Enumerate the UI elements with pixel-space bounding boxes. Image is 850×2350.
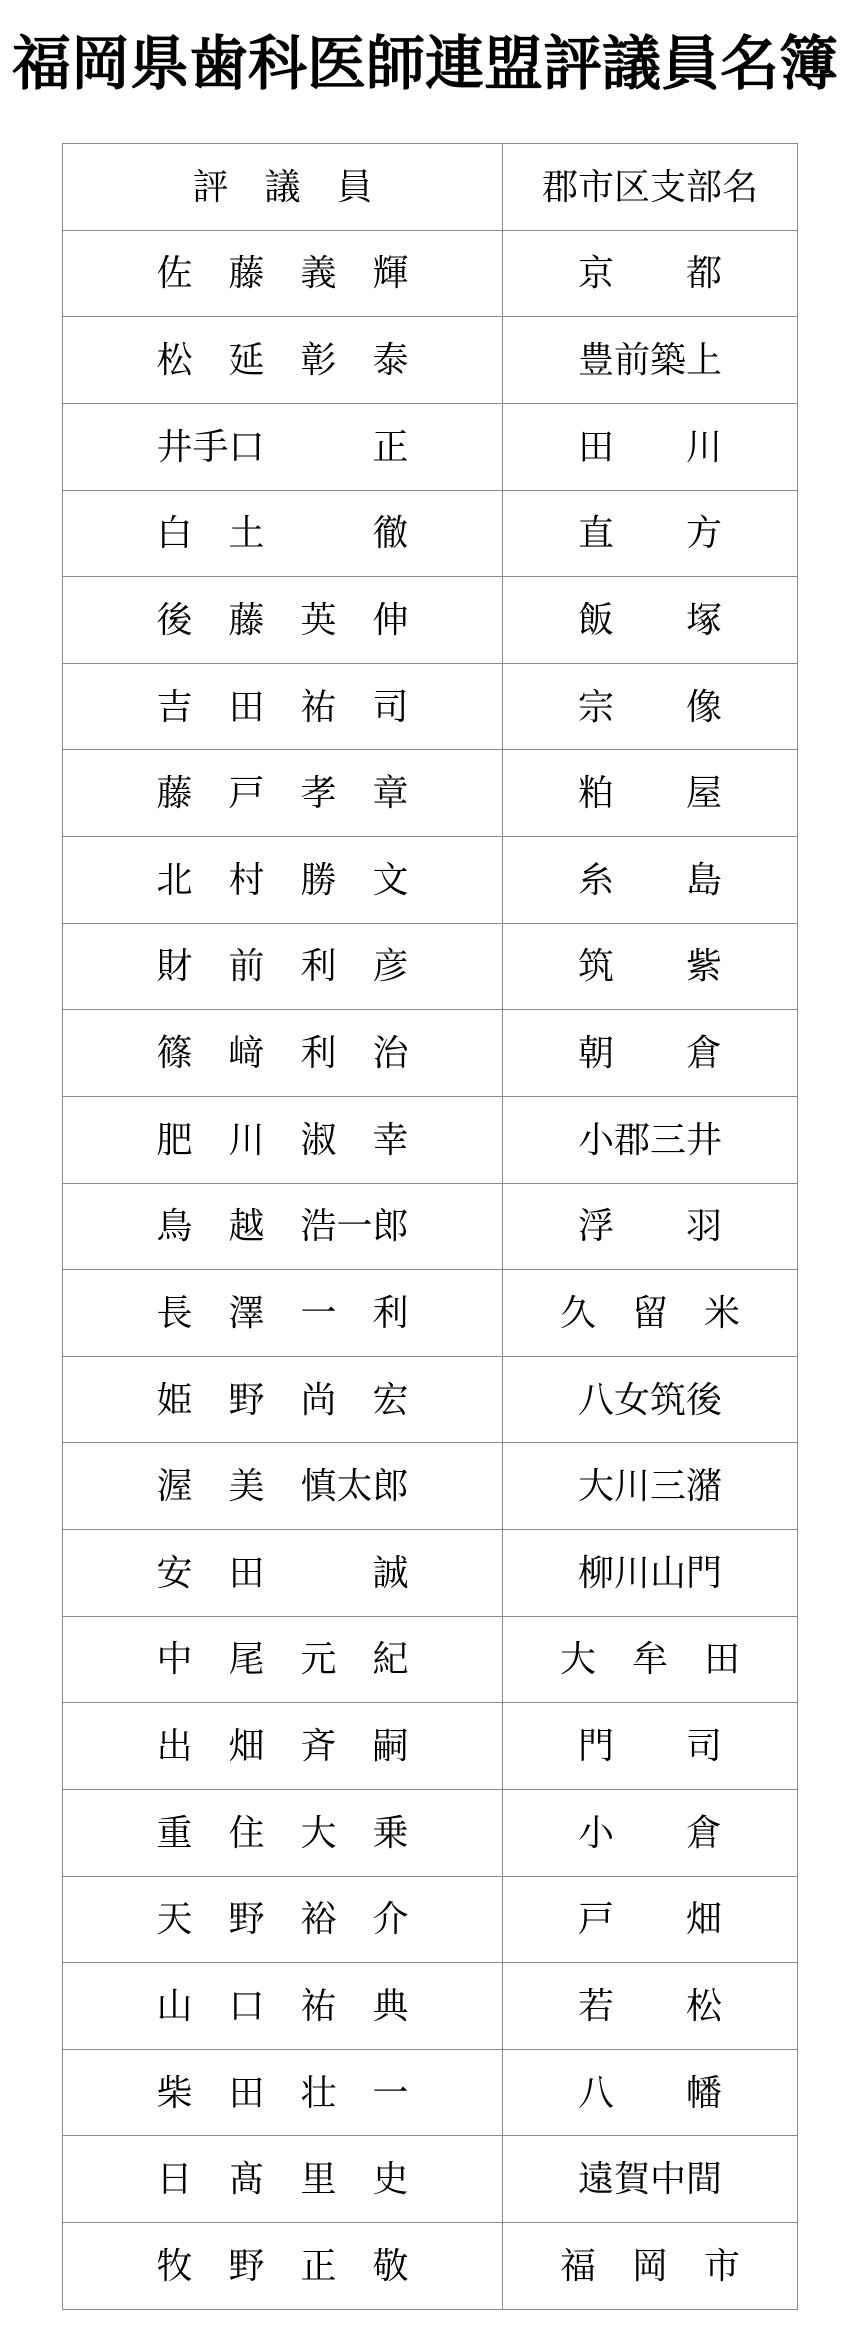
branch-cell: 門 司 [503, 1703, 798, 1790]
table-row: 牧 野 正 敬 福 岡 市 [63, 2223, 798, 2310]
table-row: 柴 田 壮 一 八 幡 [63, 2049, 798, 2136]
table-row: 松 延 彰 泰 豊前築上 [63, 317, 798, 404]
councilor-cell: 吉 田 祐 司 [63, 663, 503, 750]
branch-cell: 八女筑後 [503, 1356, 798, 1443]
table-row: 出 畑 斉 嗣 門 司 [63, 1703, 798, 1790]
table-row: 安 田 誠 柳川山門 [63, 1530, 798, 1617]
councilor-cell: 重 住 大 乗 [63, 1789, 503, 1876]
councilor-header-cell: 評 議 員 [63, 144, 503, 231]
councilor-cell: 松 延 彰 泰 [63, 317, 503, 404]
branch-cell: 小 倉 [503, 1789, 798, 1876]
councilor-cell: 柴 田 壮 一 [63, 2049, 503, 2136]
table-row: 白 土 徹 直 方 [63, 490, 798, 577]
table-row: 井手口 正 田 川 [63, 403, 798, 490]
table-row: 姫 野 尚 宏 八女筑後 [63, 1356, 798, 1443]
table-row: 日 髙 里 史 遠賀中間 [63, 2136, 798, 2223]
councilor-cell: 山 口 祐 典 [63, 1963, 503, 2050]
branch-cell: 大川三潴 [503, 1443, 798, 1530]
table-header-row: 評 議 員 郡市区支部名 [63, 144, 798, 231]
branch-cell: 筑 紫 [503, 923, 798, 1010]
table-row: 天 野 裕 介 戸 畑 [63, 1876, 798, 1963]
branch-cell: 直 方 [503, 490, 798, 577]
branch-cell: 八 幡 [503, 2049, 798, 2136]
councilor-cell: 佐 藤 義 輝 [63, 230, 503, 317]
table-row: 肥 川 淑 幸 小郡三井 [63, 1096, 798, 1183]
councilor-cell: 牧 野 正 敬 [63, 2223, 503, 2310]
table-row: 鳥 越 浩一郎 浮 羽 [63, 1183, 798, 1270]
councilor-cell: 天 野 裕 介 [63, 1876, 503, 1963]
table-row: 北 村 勝 文 糸 島 [63, 837, 798, 924]
branch-cell: 若 松 [503, 1963, 798, 2050]
table-row: 佐 藤 義 輝 京 都 [63, 230, 798, 317]
councilor-cell: 姫 野 尚 宏 [63, 1356, 503, 1443]
councilor-cell: 中 尾 元 紀 [63, 1616, 503, 1703]
branch-cell: 大 牟 田 [503, 1616, 798, 1703]
branch-cell: 遠賀中間 [503, 2136, 798, 2223]
councilor-cell: 安 田 誠 [63, 1530, 503, 1617]
branch-cell: 糸 島 [503, 837, 798, 924]
branch-cell: 小郡三井 [503, 1096, 798, 1183]
councilor-cell: 後 藤 英 伸 [63, 577, 503, 664]
branch-cell: 京 都 [503, 230, 798, 317]
councilor-cell: 篠 﨑 利 治 [63, 1010, 503, 1097]
table-row: 篠 﨑 利 治 朝 倉 [63, 1010, 798, 1097]
table-row: 吉 田 祐 司 宗 像 [63, 663, 798, 750]
table-row: 中 尾 元 紀 大 牟 田 [63, 1616, 798, 1703]
councilor-cell: 長 澤 一 利 [63, 1270, 503, 1357]
branch-header-cell: 郡市区支部名 [503, 144, 798, 231]
councilor-cell: 藤 戸 孝 章 [63, 750, 503, 837]
councilor-cell: 北 村 勝 文 [63, 837, 503, 924]
table-row: 藤 戸 孝 章 粕 屋 [63, 750, 798, 837]
councilor-cell: 渥 美 慎太郎 [63, 1443, 503, 1530]
branch-cell: 柳川山門 [503, 1530, 798, 1617]
councilor-cell: 肥 川 淑 幸 [63, 1096, 503, 1183]
table-row: 財 前 利 彦 筑 紫 [63, 923, 798, 1010]
table-row: 重 住 大 乗 小 倉 [63, 1789, 798, 1876]
branch-cell: 浮 羽 [503, 1183, 798, 1270]
councilor-cell: 白 土 徹 [63, 490, 503, 577]
councilor-cell: 出 畑 斉 嗣 [63, 1703, 503, 1790]
councilor-cell: 財 前 利 彦 [63, 923, 503, 1010]
branch-cell: 豊前築上 [503, 317, 798, 404]
page-title: 福岡県歯科医師連盟評議員名簿 [0, 16, 850, 101]
branch-cell: 粕 屋 [503, 750, 798, 837]
branch-cell: 飯 塚 [503, 577, 798, 664]
branch-cell: 宗 像 [503, 663, 798, 750]
table-row: 長 澤 一 利 久 留 米 [63, 1270, 798, 1357]
branch-cell: 田 川 [503, 403, 798, 490]
branch-cell: 朝 倉 [503, 1010, 798, 1097]
councilor-cell: 井手口 正 [63, 403, 503, 490]
table-row: 後 藤 英 伸 飯 塚 [63, 577, 798, 664]
table-row: 渥 美 慎太郎 大川三潴 [63, 1443, 798, 1530]
branch-cell: 戸 畑 [503, 1876, 798, 1963]
councilor-cell: 鳥 越 浩一郎 [63, 1183, 503, 1270]
councilor-cell: 日 髙 里 史 [63, 2136, 503, 2223]
table-row: 山 口 祐 典 若 松 [63, 1963, 798, 2050]
councilor-roster-table: 評 議 員 郡市区支部名 佐 藤 義 輝 京 都 松 延 彰 泰 豊前築上 井手… [62, 143, 798, 2310]
branch-cell: 福 岡 市 [503, 2223, 798, 2310]
branch-cell: 久 留 米 [503, 1270, 798, 1357]
